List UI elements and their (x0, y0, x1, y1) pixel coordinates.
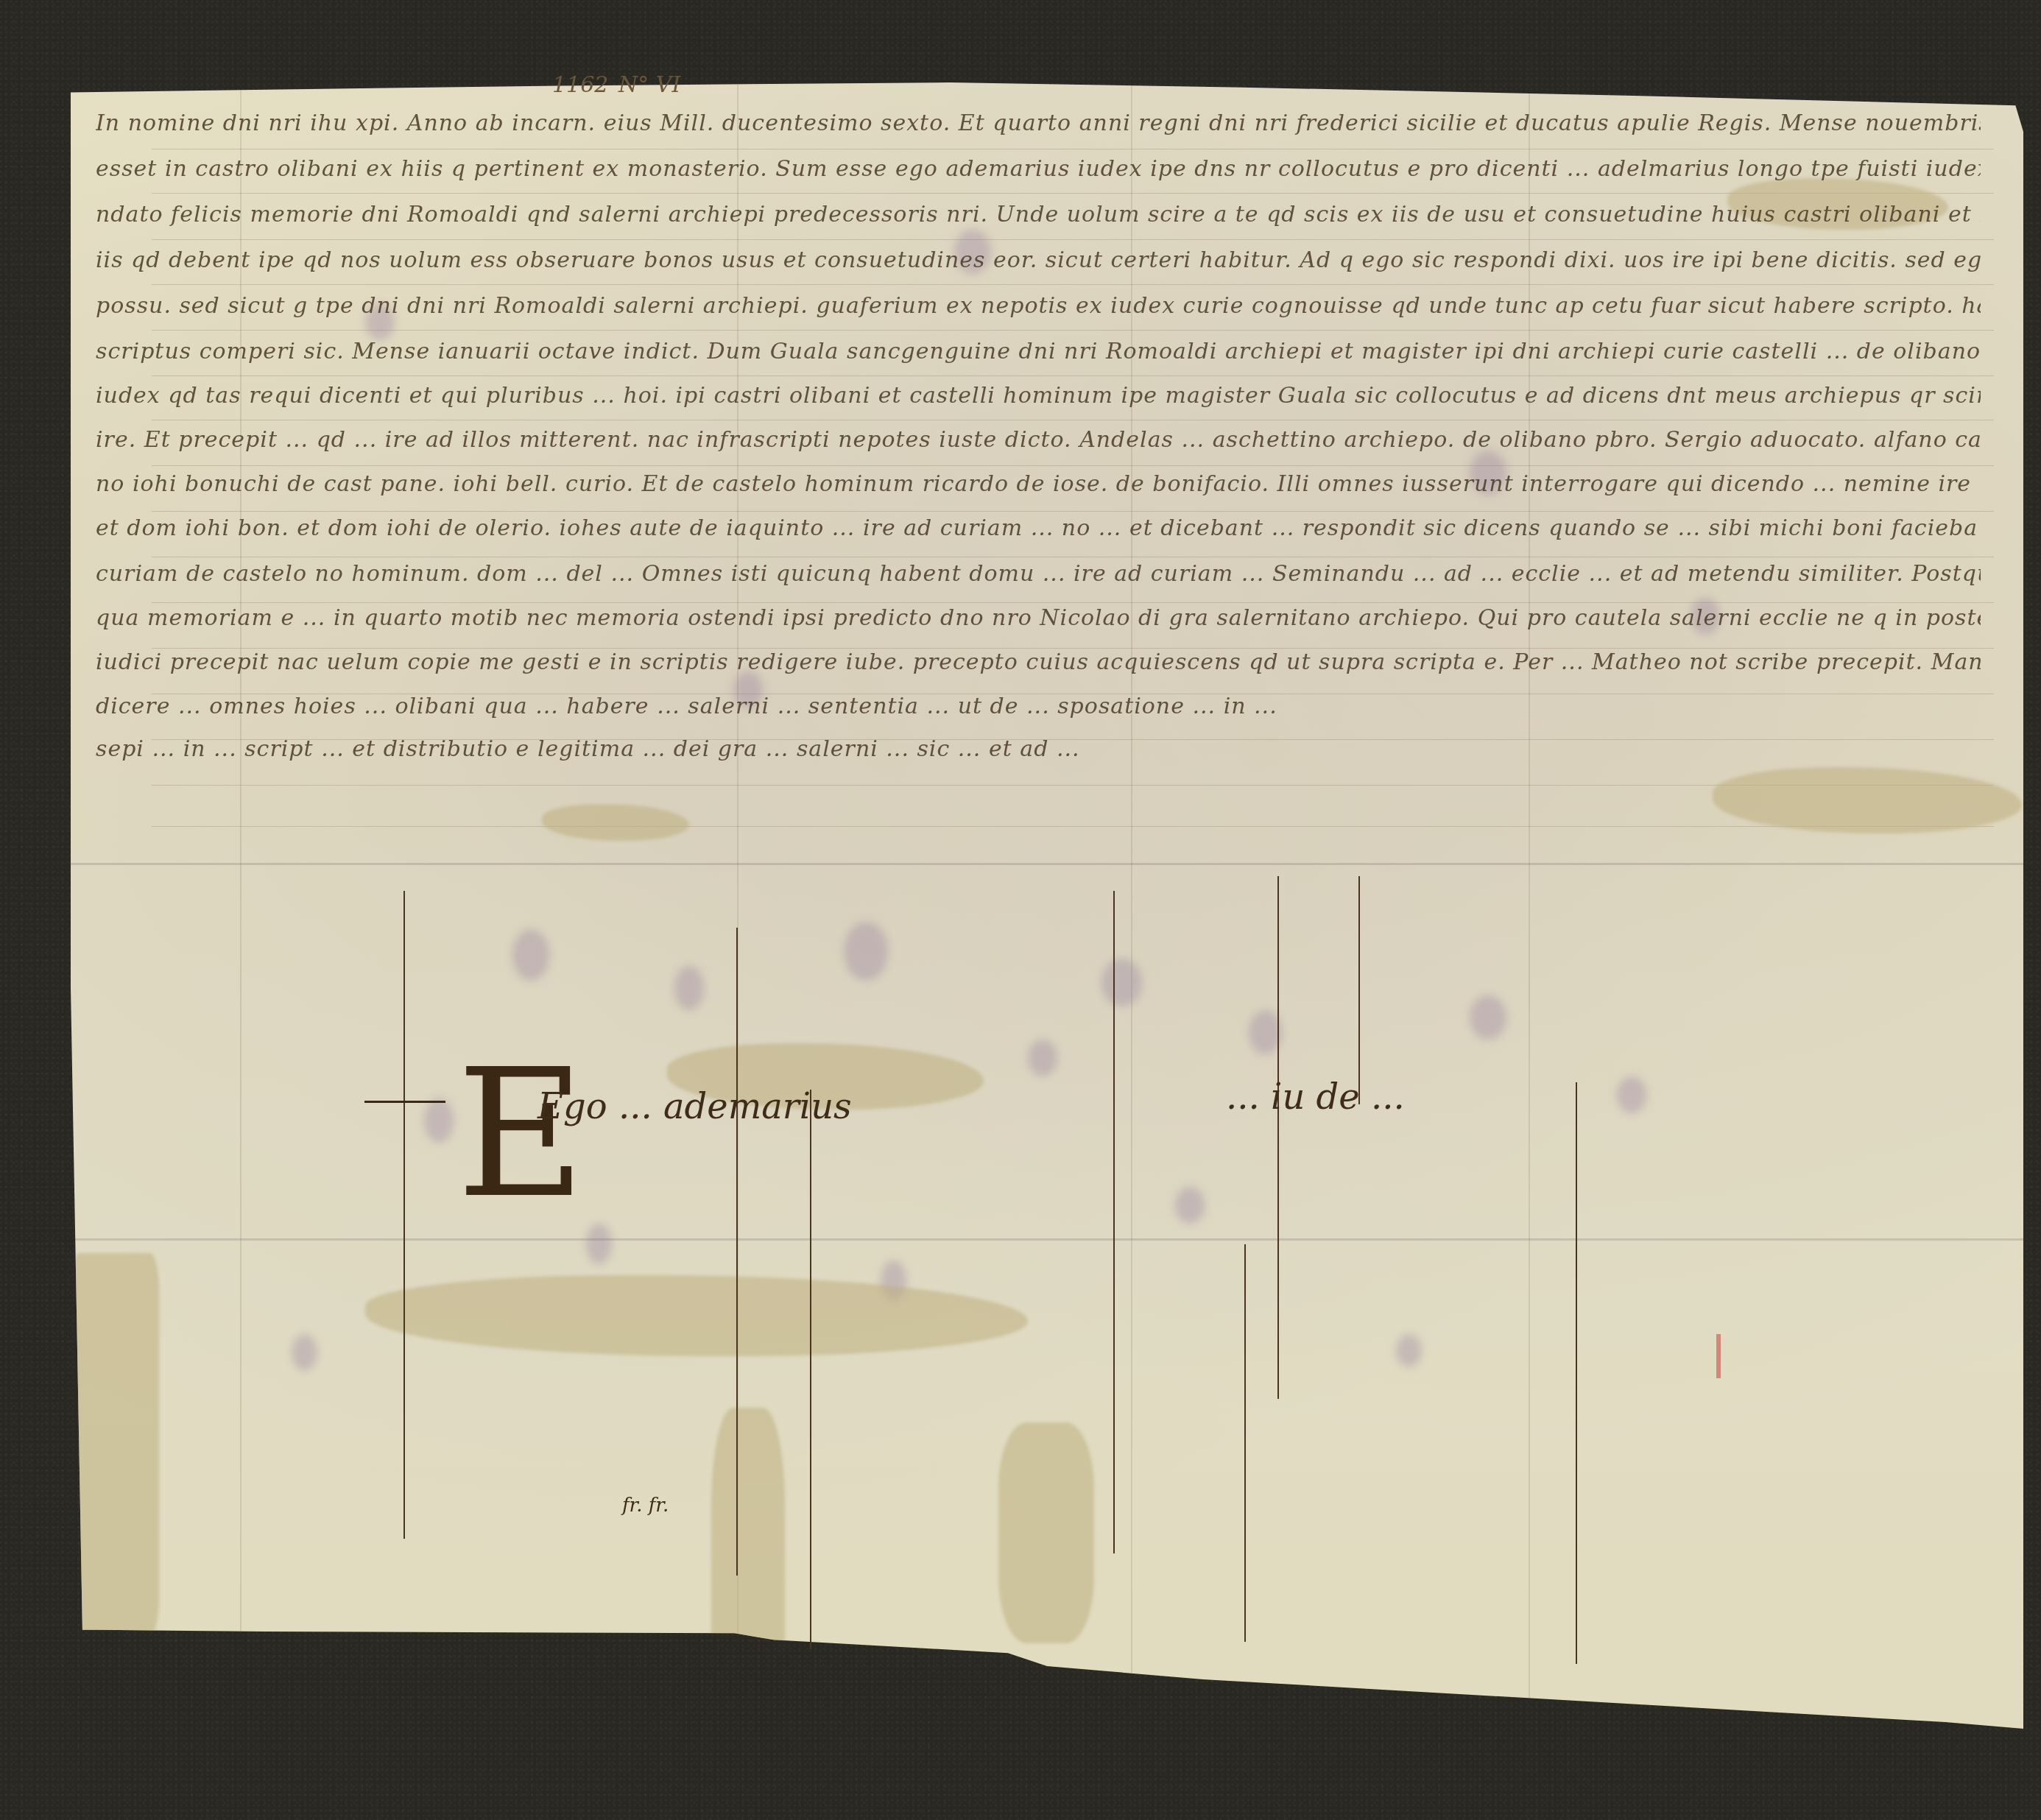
cross-sign-icon (364, 1101, 445, 1103)
signature-2: ... iu de ... (1226, 1076, 1405, 1118)
red-ink-mark (1716, 1334, 1721, 1378)
signature-stroke (736, 928, 738, 1576)
signature-1: Ego ... ademarius (537, 1086, 852, 1127)
charter-line-3: ndato felicis memorie dni Romoaldi qnd s… (96, 202, 1981, 227)
charter-line-2: esset in castro olibani ex hiis q pertin… (96, 156, 1981, 182)
witness-mark: fr. fr. (622, 1495, 669, 1517)
parchment-charter (71, 82, 2023, 1729)
charter-line-8: ire. Et precepit ... qd ... ire ad illos… (96, 427, 1981, 453)
charter-line-6: scriptus comperi sic. Mense ianuarii oct… (96, 339, 1981, 364)
archival-date: 1162 (552, 72, 608, 98)
signature-stroke (1113, 891, 1115, 1553)
signature-stroke (1244, 1244, 1246, 1642)
charter-line-12: qua memoriam e ... in quarto motib nec m… (96, 605, 1981, 631)
charter-line-7: iudex qd tas requi dicenti et qui plurib… (96, 383, 1981, 409)
charter-line-10: et dom iohi bon. et dom iohi de olerio. … (96, 515, 1981, 541)
fold-line (71, 1238, 2023, 1241)
charter-line-14: dicere ... omnes hoies ... olibani qua .… (96, 694, 1981, 719)
signature-stroke (810, 1090, 811, 1649)
charter-line-4: iis qd debent ipe qd nos uolum ess obser… (96, 247, 1981, 273)
charter-line-1: In nomine dni nri ihu xpi. Anno ab incar… (96, 110, 1981, 136)
signature-stroke (403, 891, 405, 1539)
charter-line-5: possu. sed sicut g tpe dni dni nri Romoa… (96, 293, 1981, 319)
charter-line-13: iudici precepit nac uelum copie me gesti… (96, 649, 1981, 675)
signature-initial-e: E (457, 1045, 585, 1222)
signature-stroke (1277, 876, 1279, 1399)
fold-line (71, 863, 2023, 865)
signature-stroke (1576, 1082, 1577, 1664)
charter-line-15: sepi ... in ... script ... et distributi… (96, 736, 1981, 762)
signature-stroke (1358, 876, 1360, 1104)
archival-number: N° VI (618, 72, 680, 98)
charter-line-9: no iohi bonuchi de cast pane. iohi bell.… (96, 471, 1981, 497)
charter-line-11: curiam de castelo no hominum. dom ... de… (96, 561, 1981, 587)
